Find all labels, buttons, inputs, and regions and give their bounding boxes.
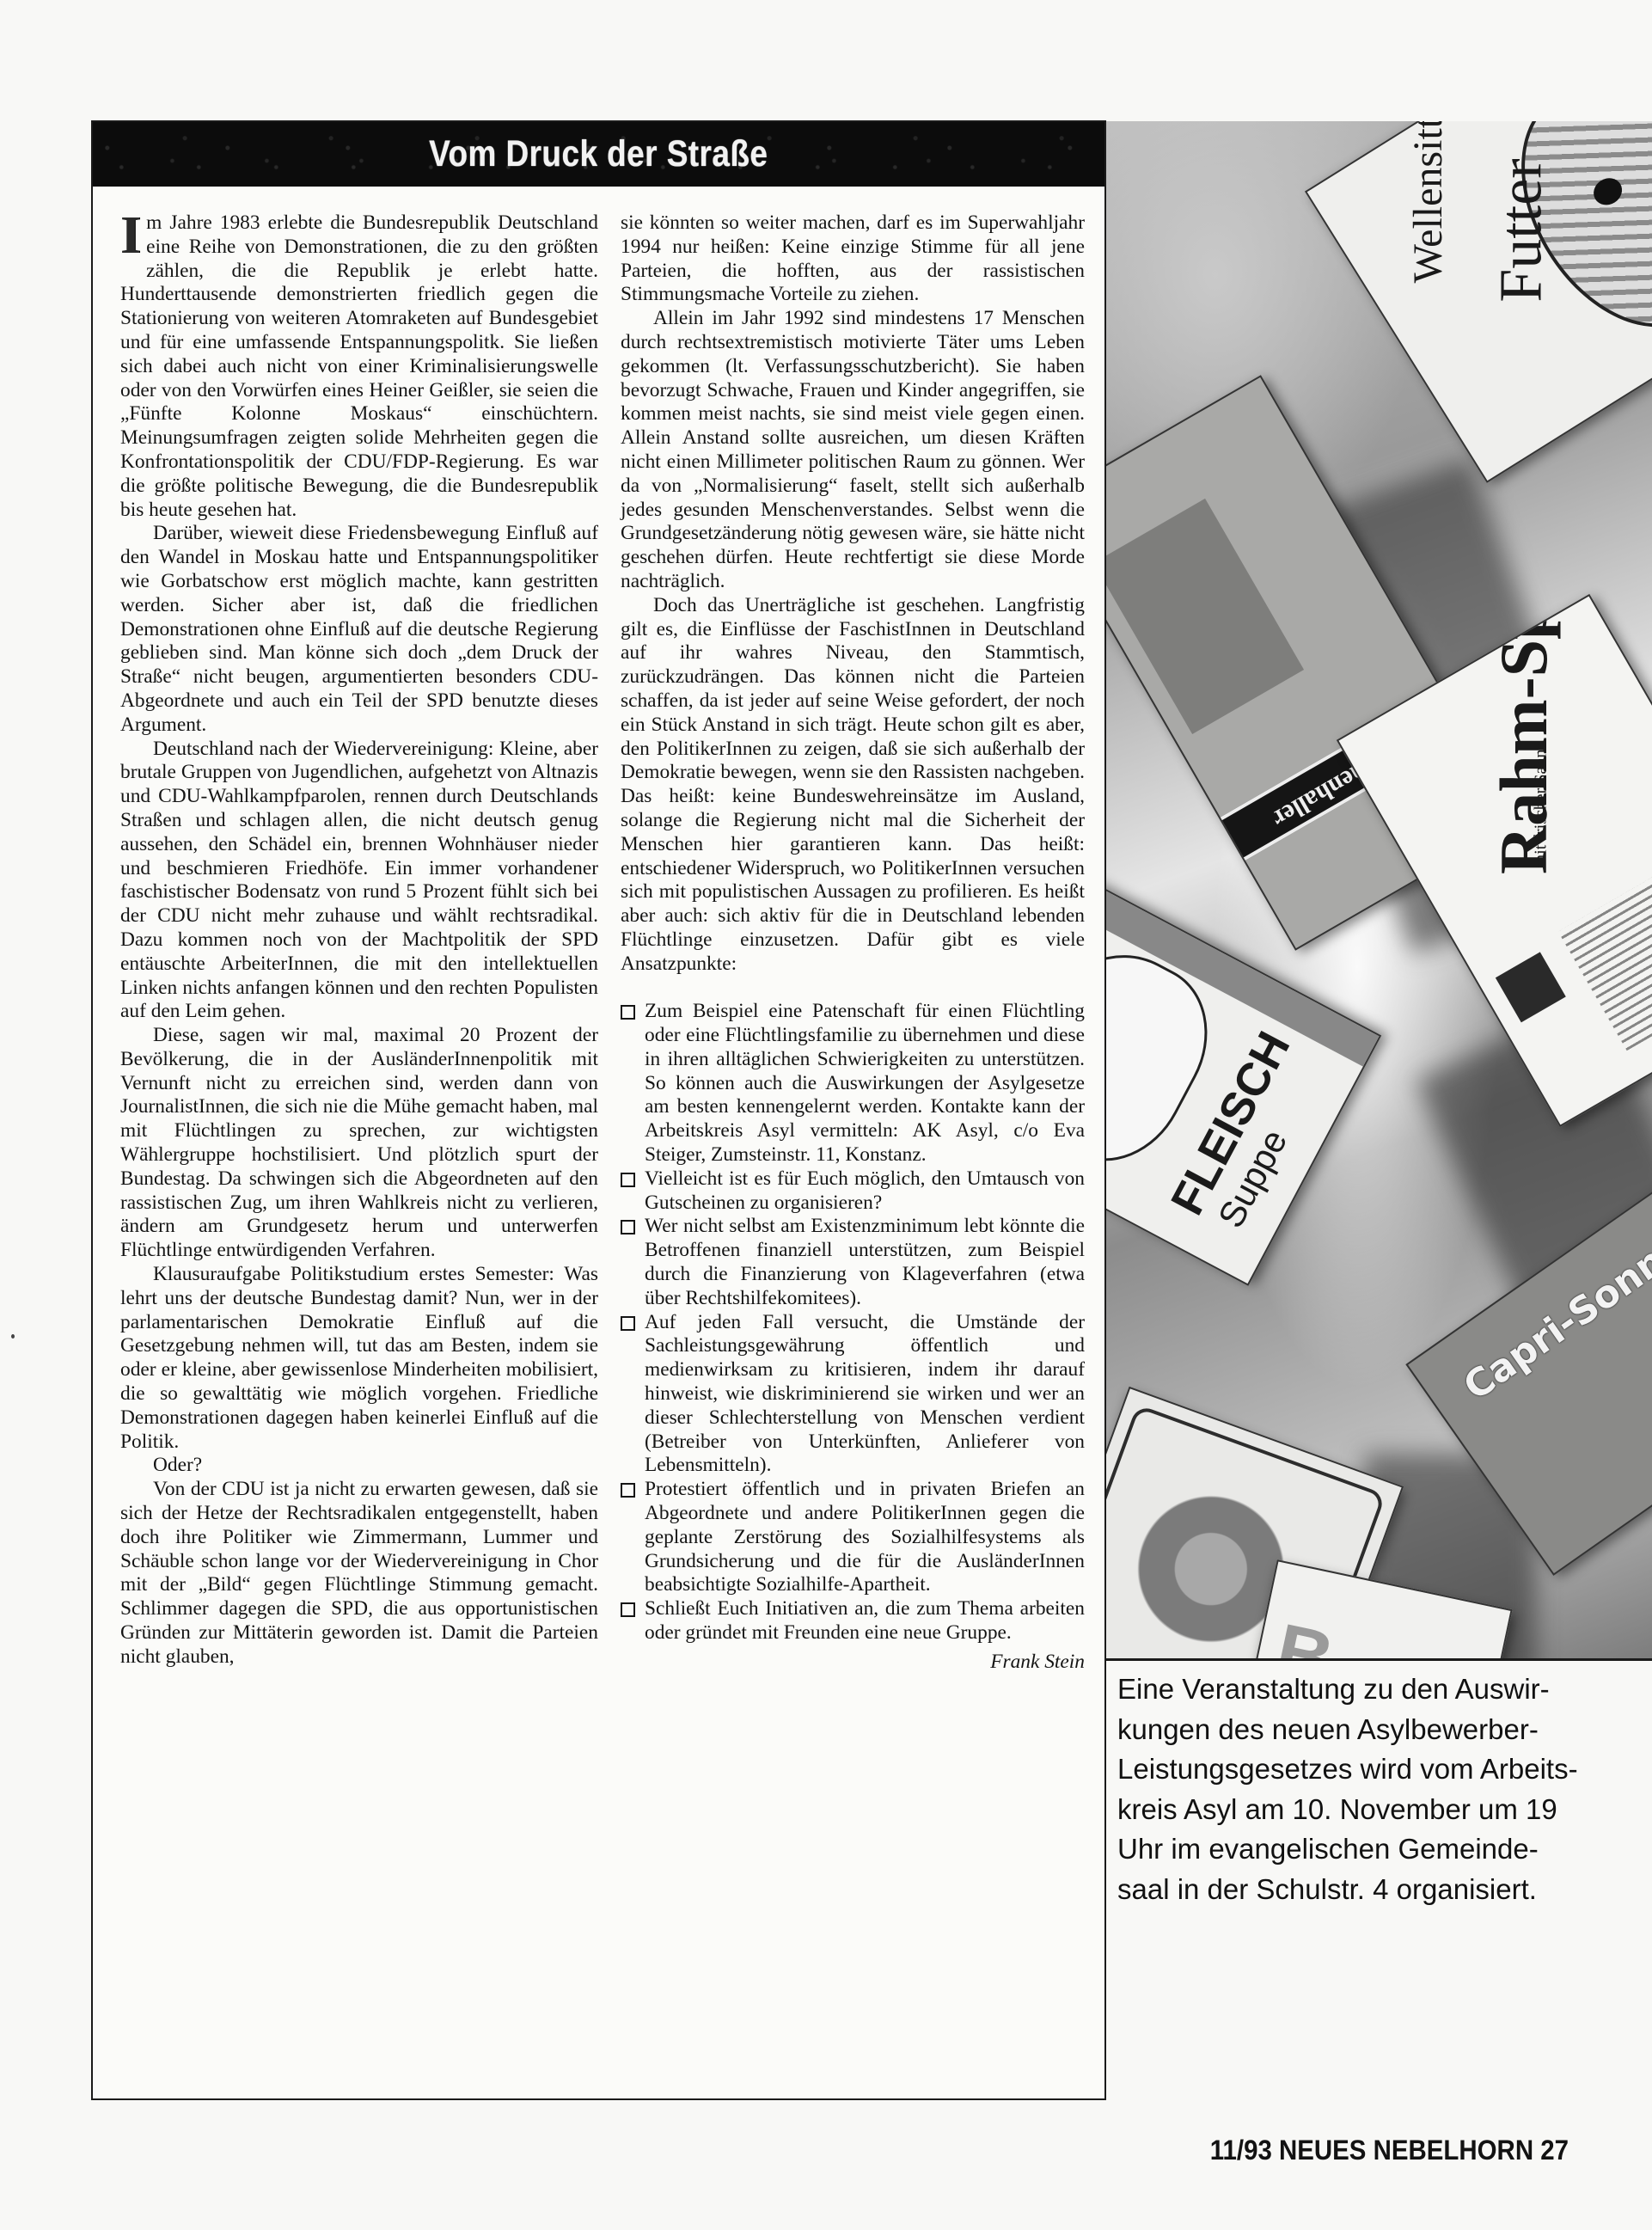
package-soup: FLEISCH Suppe xyxy=(1106,882,1381,1286)
paragraph: Diese, sagen wir mal, maximal 20 Prozent… xyxy=(120,1024,598,1263)
paragraph: Klausuraufgabe Politikstudium erstes Sem… xyxy=(120,1263,598,1454)
package-window xyxy=(1106,499,1304,734)
action-list-item: Wer nicht selbst am Existenzminimum lebt… xyxy=(621,1215,1085,1310)
article-frame: Vom Druck der Straße Im Jahre 1983 erleb… xyxy=(91,120,1106,2100)
paragraph: Allein im Jahr 1992 sind mindestens 17 M… xyxy=(621,307,1085,594)
action-list-item: Auf jeden Fall versucht, die Umstände de… xyxy=(621,1311,1085,1479)
action-list-item: Zum Beispiel eine Patenschaft für einen … xyxy=(621,1000,1085,1167)
checkbox-bullet-icon xyxy=(621,1483,635,1498)
scan-speck xyxy=(11,1334,15,1339)
paragraph: sie könnten so weiter machen, darf es im… xyxy=(621,211,1085,307)
checkbox-bullet-icon xyxy=(621,1005,635,1020)
checkbox-bullet-icon xyxy=(621,1220,635,1234)
action-list-item: Protestiert öffentlich und in privaten B… xyxy=(621,1478,1085,1597)
article-header-bar: Vom Druck der Straße xyxy=(93,122,1104,187)
checkbox-bullet-icon xyxy=(621,1173,635,1187)
page-footer: 11/93 NEUES NEBELHORN 27 xyxy=(1193,2135,1569,2166)
package-budgie-food: Wellensittich Futter xyxy=(1305,121,1652,483)
magazine-page: Vom Druck der Straße Im Jahre 1983 erleb… xyxy=(0,0,1652,2230)
checkbox-bullet-icon xyxy=(621,1602,635,1617)
checkbox-bullet-icon xyxy=(621,1316,635,1331)
paragraph: Im Jahre 1983 erlebte die Bundesrepublik… xyxy=(120,211,598,522)
action-list-item: Vielleicht ist es für Euch möglich, den … xyxy=(621,1167,1085,1216)
paragraph: Darüber, wieweit diese Friedensbewegung … xyxy=(120,522,598,737)
paragraph: Deutschland nach der Wiedervereinigung: … xyxy=(120,738,598,1025)
article-column-right: sie könnten so weiter machen, darf es im… xyxy=(621,211,1085,1675)
brand-logo-icon xyxy=(1496,952,1566,1022)
product-photo: Wellensittich Futter Bad Reichenhaller R… xyxy=(1106,121,1652,1661)
drop-cap: I xyxy=(120,213,141,260)
article-column-left: Im Jahre 1983 erlebte die Bundesrepublik… xyxy=(120,211,598,1669)
author-signature: Frank Stein xyxy=(621,1651,1085,1675)
paragraph: Oder? xyxy=(120,1454,598,1478)
paragraph: Von der CDU ist ja nicht zu erwarten gew… xyxy=(120,1478,598,1669)
action-list: Zum Beispiel eine Patenschaft für einen … xyxy=(621,1000,1085,1645)
paragraph: Doch das Unerträgliche ist geschehen. La… xyxy=(621,594,1085,977)
photo-caption: Eine Veranstaltung zu den Auswir- kungen… xyxy=(1117,1669,1513,1909)
package-fine-print xyxy=(1558,846,1652,1051)
article-title: Vom Druck der Straße xyxy=(429,133,768,175)
action-list-item: Schließt Euch Initiativen an, die zum Th… xyxy=(621,1597,1085,1645)
